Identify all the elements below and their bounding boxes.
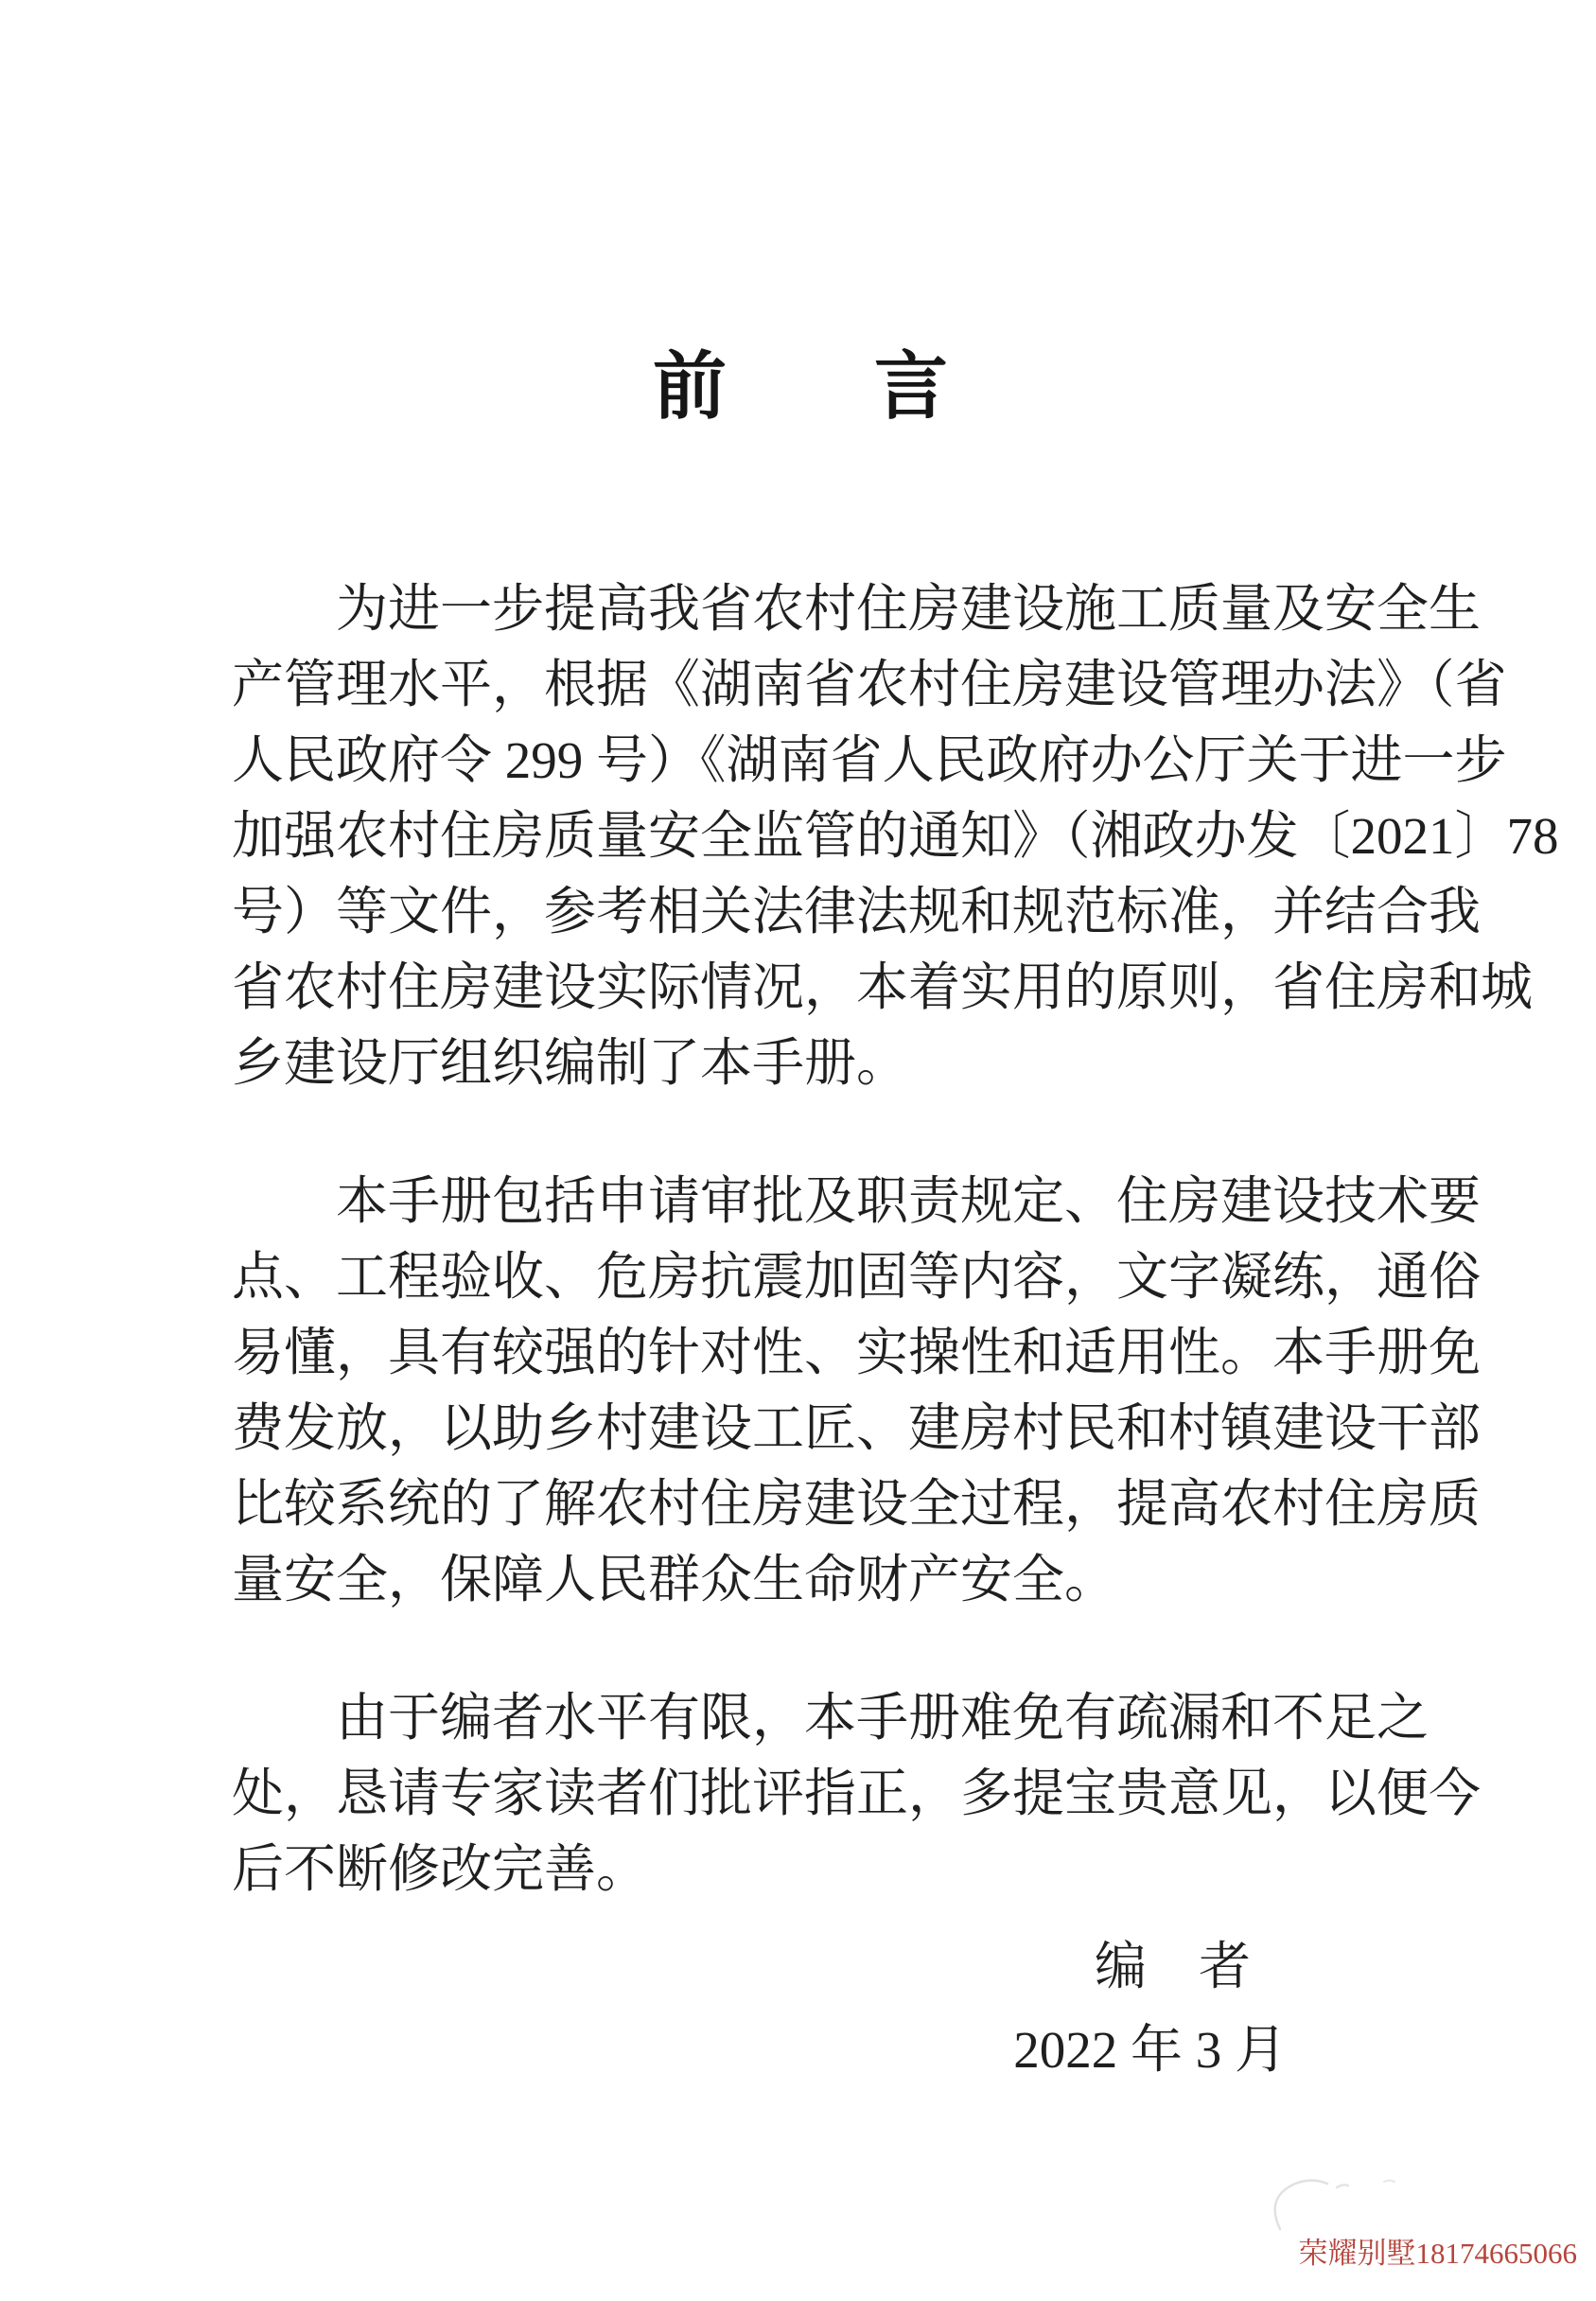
pen-smudge-mark (1263, 2174, 1405, 2240)
text-line: 为进一步提高我省农村住房建设施工质量及安全生 (232, 571, 1369, 647)
text-line: 量安全，保障人民群众生命财产安全。 (232, 1542, 1369, 1618)
text-line: 由于编者水平有限，本手册难免有疏漏和不足之 (232, 1680, 1369, 1756)
text-line: 人民政府令 299 号）《湖南省人民政府办公厅关于进一步 (232, 723, 1369, 799)
preface-body: 为进一步提高我省农村住房建设施工质量及安全生 产管理水平，根据《湖南省农村住房建… (232, 571, 1369, 1907)
text-line: 省农村住房建设实际情况，本着实用的原则，省住房和城 (232, 950, 1369, 1026)
text-line: 加强农村住房质量安全监管的通知》（湘政办发〔2021〕78 (232, 799, 1369, 874)
text-line: 产管理水平，根据《湖南省农村住房建设管理办法》（省 (232, 647, 1369, 723)
text-line: 比较系统的了解农村住房建设全过程，提高农村住房质 (232, 1467, 1369, 1542)
paragraph: 为进一步提高我省农村住房建设施工质量及安全生 产管理水平，根据《湖南省农村住房建… (232, 571, 1369, 1101)
document-page: 前 言 为进一步提高我省农村住房建设施工质量及安全生 产管理水平，根据《湖南省农… (0, 0, 1596, 2301)
editor-signature: 编 者 (232, 1929, 1369, 2005)
publication-date: 2022 年 3 月 (232, 2012, 1369, 2088)
paragraph: 本手册包括申请审批及职责规定、住房建设技术要 点、工程验收、危房抗震加固等内容，… (232, 1164, 1369, 1618)
text-line: 号）等文件，参考相关法律法规和规范标准，并结合我 (232, 874, 1369, 950)
signature-block: 编 者 2022 年 3 月 (232, 1929, 1369, 2088)
page-title: 前 言 (232, 348, 1369, 426)
paragraph: 由于编者水平有限，本手册难免有疏漏和不足之 处，恳请专家读者们批评指正，多提宝贵… (232, 1680, 1369, 1907)
text-line: 易懂，具有较强的针对性、实操性和适用性。本手册免 (232, 1315, 1369, 1391)
text-line: 乡建设厅组织编制了本手册。 (232, 1026, 1369, 1101)
text-line: 处，恳请专家读者们批评指正，多提宝贵意见，以便今 (232, 1756, 1369, 1832)
text-line: 后不断修改完善。 (232, 1832, 1369, 1907)
text-line: 点、工程验收、危房抗震加固等内容，文字凝练，通俗 (232, 1239, 1369, 1315)
text-line: 费发放，以助乡村建设工匠、建房村民和村镇建设干部 (232, 1391, 1369, 1467)
watermark-text: 荣耀别墅18174665066 (1299, 2235, 1578, 2273)
text-line: 本手册包括申请审批及职责规定、住房建设技术要 (232, 1164, 1369, 1239)
